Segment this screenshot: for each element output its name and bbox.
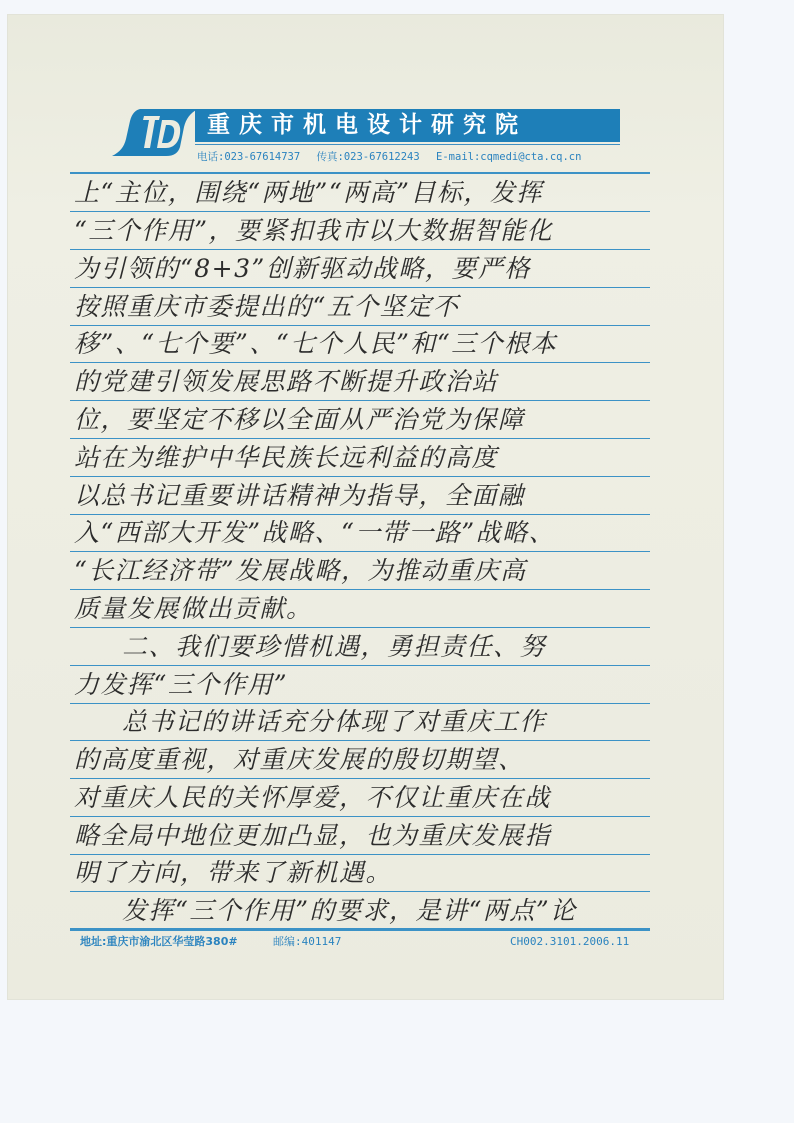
organization-banner: 重庆市机电设计研究院 [195,109,620,142]
handwritten-line: 为引领的“8+3”创新驱动战略，要严格 [74,250,650,287]
handwritten-line: 位，要坚定不移以全面从严治党为保障 [74,401,650,438]
section-heading-line: 二、我们要珍惜机遇，勇担责任、努 [74,628,650,665]
email-address: E-mail:cqmedi@cta.cq.cn [436,151,581,163]
section-heading-line: 力发挥“三个作用” [74,666,650,703]
banner-divider [195,144,620,145]
contact-info: 电话:023-67614737 传真:023-67612243 E-mail:c… [197,149,627,165]
handwritten-line: 移”、“七个要”、“七个人民”和“三个根本 [74,325,650,362]
handwritten-line: 入“西部大开发”战略、“一带一路”战略、 [74,514,650,551]
fax-number: 传真:023-67612243 [317,151,420,163]
handwritten-line: 以总书记重要讲话精神为指导，全面融 [74,477,650,514]
handwritten-line: 发挥“三个作用”的要求，是讲“两点”论 [74,892,650,929]
handwritten-line: “三个作用”，要紧扣我市以大数据智能化 [74,212,650,249]
handwritten-line: 的党建引领发展思路不断提升政治站 [74,363,650,400]
handwritten-line: 对重庆人民的关怀厚爱，不仅让重庆在战 [74,779,650,816]
footer-address: 地址:重庆市渝北区华莹路380# [80,934,238,950]
handwritten-line: 总书记的讲话充分体现了对重庆工作 [74,703,650,740]
jd-logo-icon [110,107,200,157]
footer-postcode: 邮编:401147 [273,934,341,950]
handwritten-line: 的高度重视，对重庆发展的殷切期望、 [74,741,650,778]
handwritten-line: 略全局中地位更加凸显，也为重庆发展指 [74,817,650,854]
handwritten-line: 按照重庆市委提出的“五个坚定不 [74,288,650,325]
handwritten-line: 上“主位，围绕“两地”“两高”目标，发挥 [74,174,650,211]
handwritten-line: 明了方向，带来了新机遇。 [74,854,650,891]
footer-form-code: CH002.3101.2006.11 [510,934,629,950]
handwritten-line: 站在为维护中华民族长远利益的高度 [74,439,650,476]
handwritten-line: “长江经济带”发展战略，为推动重庆高 [74,552,650,589]
phone-number: 电话:023-67614737 [197,151,300,163]
handwritten-line: 质量发展做出贡献。 [74,590,650,627]
